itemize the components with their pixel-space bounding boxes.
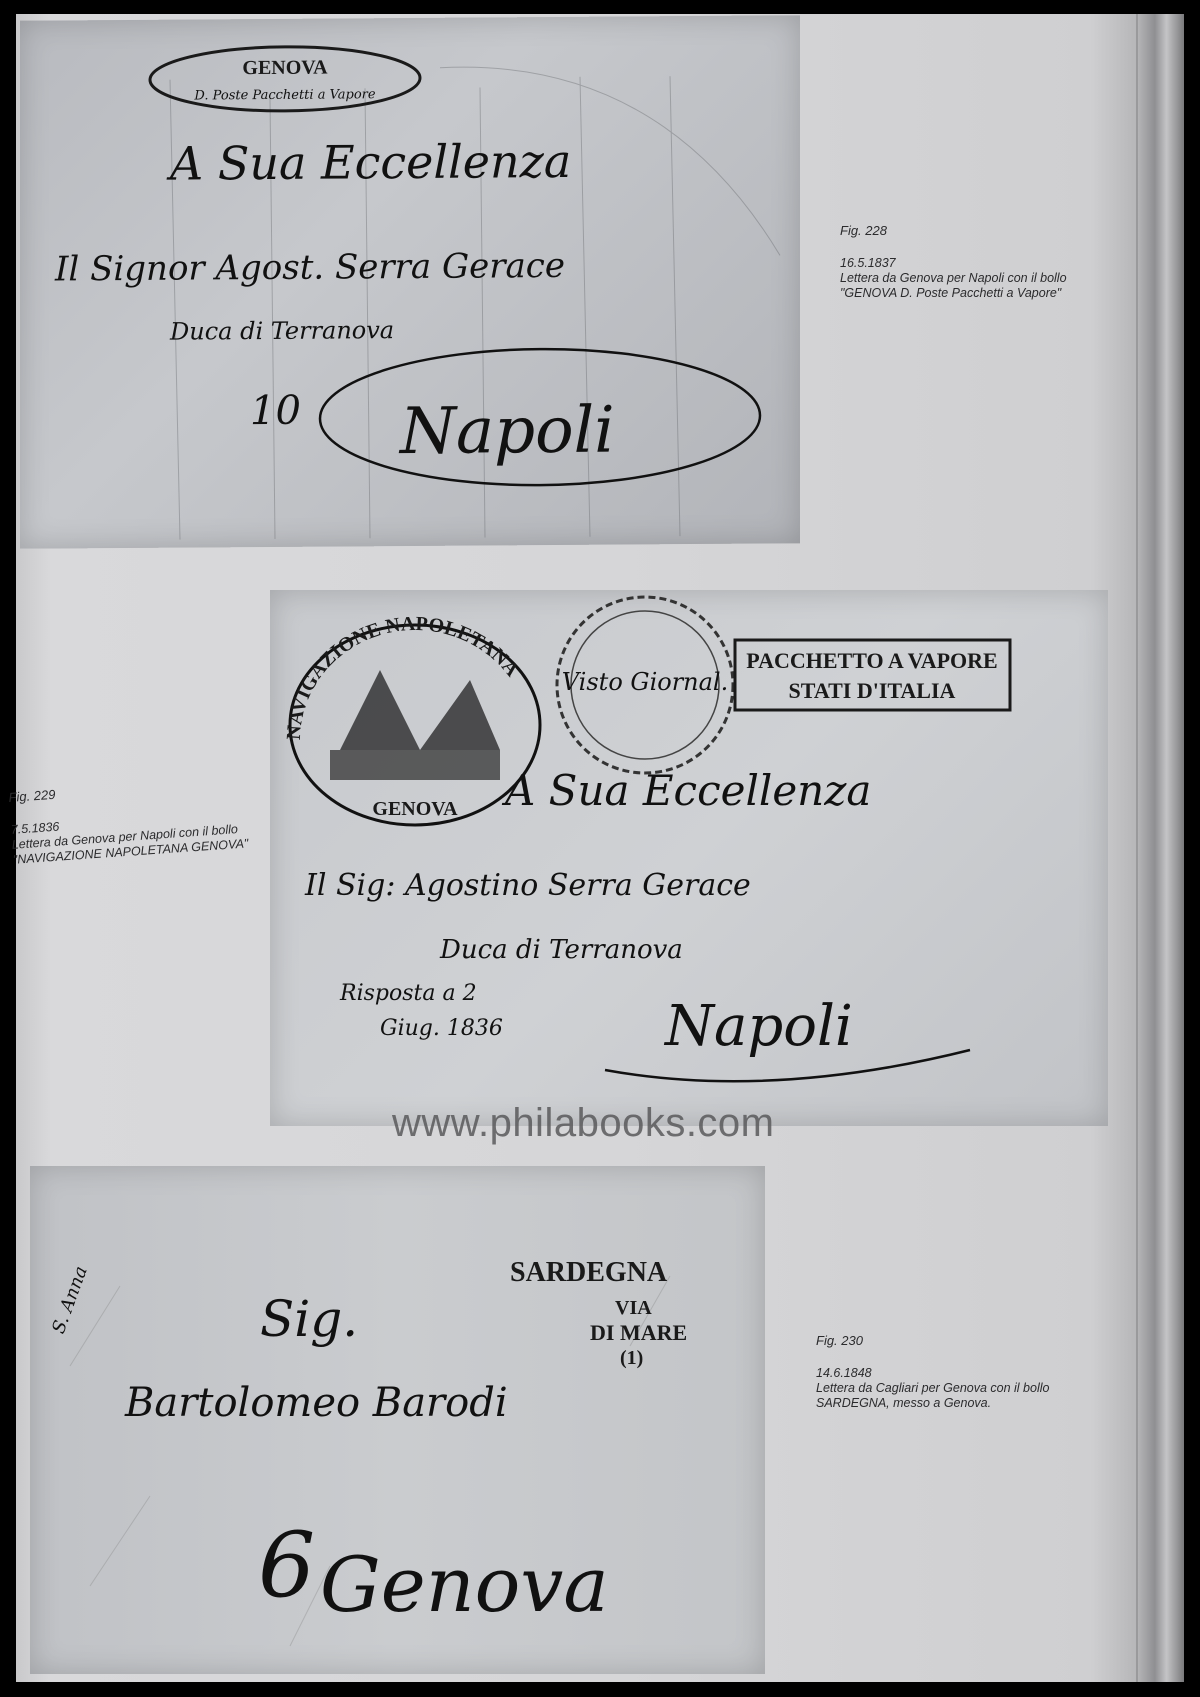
cover-illustration: NAVIGAZIONE NAPOLETANA GENOVA Visto Gior… <box>270 590 1108 1126</box>
svg-text:GENOVA: GENOVA <box>242 57 328 80</box>
caption-fig-228: Fig. 228 16.5.1837 Lettera da Genova per… <box>840 223 1067 301</box>
svg-text:A Sua Eccellenza: A Sua Eccellenza <box>501 766 871 815</box>
cover-photo-fig-229: NAVIGAZIONE NAPOLETANA GENOVA Visto Gior… <box>270 590 1108 1126</box>
cover-illustration: SARDEGNA VIA DI MARE (1) S. Anna Sig. Ba… <box>30 1166 765 1674</box>
svg-text:GENOVA: GENOVA <box>372 798 458 820</box>
svg-text:VIA: VIA <box>615 1297 652 1319</box>
svg-text:Sig.: Sig. <box>260 1290 358 1348</box>
svg-text:Bartolomeo Barodi: Bartolomeo Barodi <box>124 1380 508 1426</box>
svg-text:10: 10 <box>250 388 301 434</box>
svg-text:Duca di Terranova: Duca di Terranova <box>439 935 683 965</box>
book-spine <box>1136 14 1138 1682</box>
svg-text:(1): (1) <box>620 1347 643 1369</box>
caption-date: 16.5.1837 <box>840 256 1067 271</box>
svg-text:D. Poste Pacchetti a Vapore: D. Poste Pacchetti a Vapore <box>193 87 375 103</box>
watermark: www.philabooks.com <box>392 1101 775 1146</box>
svg-text:Visto Giornal.: Visto Giornal. <box>562 668 728 696</box>
figure-label: Fig. 230 <box>816 1333 1049 1348</box>
cover-photo-fig-228: GENOVA D. Poste Pacchetti a Vapore A Sua… <box>20 15 800 548</box>
caption-line: Lettera da Genova per Napoli con il boll… <box>840 271 1067 286</box>
caption-fig-229: Fig. 229 7.5.1836 Lettera da Genova per … <box>8 774 249 868</box>
svg-text:Genova: Genova <box>320 1540 609 1629</box>
svg-text:Il Signor Agost. Serra Gerace: Il Signor Agost. Serra Gerace <box>54 246 565 290</box>
svg-text:Risposta a 2: Risposta a 2 <box>339 981 477 1006</box>
svg-text:S. Anna: S. Anna <box>48 1263 92 1336</box>
svg-text:6: 6 <box>258 1513 315 1618</box>
caption-date: 14.6.1848 <box>816 1366 1049 1381</box>
svg-text:STATI D'ITALIA: STATI D'ITALIA <box>789 678 956 703</box>
caption-line: SARDEGNA, messo a Genova. <box>816 1396 1049 1411</box>
svg-text:DI MARE: DI MARE <box>590 1320 687 1345</box>
caption-fig-230: Fig. 230 14.6.1848 Lettera da Cagliari p… <box>816 1333 1049 1411</box>
svg-text:Napoli: Napoli <box>398 394 615 470</box>
cover-illustration: GENOVA D. Poste Pacchetti a Vapore A Sua… <box>20 15 800 548</box>
caption-line: Lettera da Cagliari per Genova con il bo… <box>816 1381 1049 1396</box>
svg-text:Giug. 1836: Giug. 1836 <box>380 1016 503 1041</box>
svg-text:Napoli: Napoli <box>663 994 853 1059</box>
svg-text:A Sua Eccellenza: A Sua Eccellenza <box>166 134 571 191</box>
svg-text:Il Sig: Agostino Serra Gerace: Il Sig: Agostino Serra Gerace <box>304 868 751 903</box>
svg-text:PACCHETTO A VAPORE: PACCHETTO A VAPORE <box>746 648 997 673</box>
svg-text:Duca di Terranova: Duca di Terranova <box>169 316 394 346</box>
cover-photo-fig-230: SARDEGNA VIA DI MARE (1) S. Anna Sig. Ba… <box>30 1166 765 1674</box>
svg-text:SARDEGNA: SARDEGNA <box>510 1257 668 1288</box>
figure-label: Fig. 228 <box>840 223 1067 238</box>
caption-line: "GENOVA D. Poste Pacchetti a Vapore" <box>840 286 1067 301</box>
